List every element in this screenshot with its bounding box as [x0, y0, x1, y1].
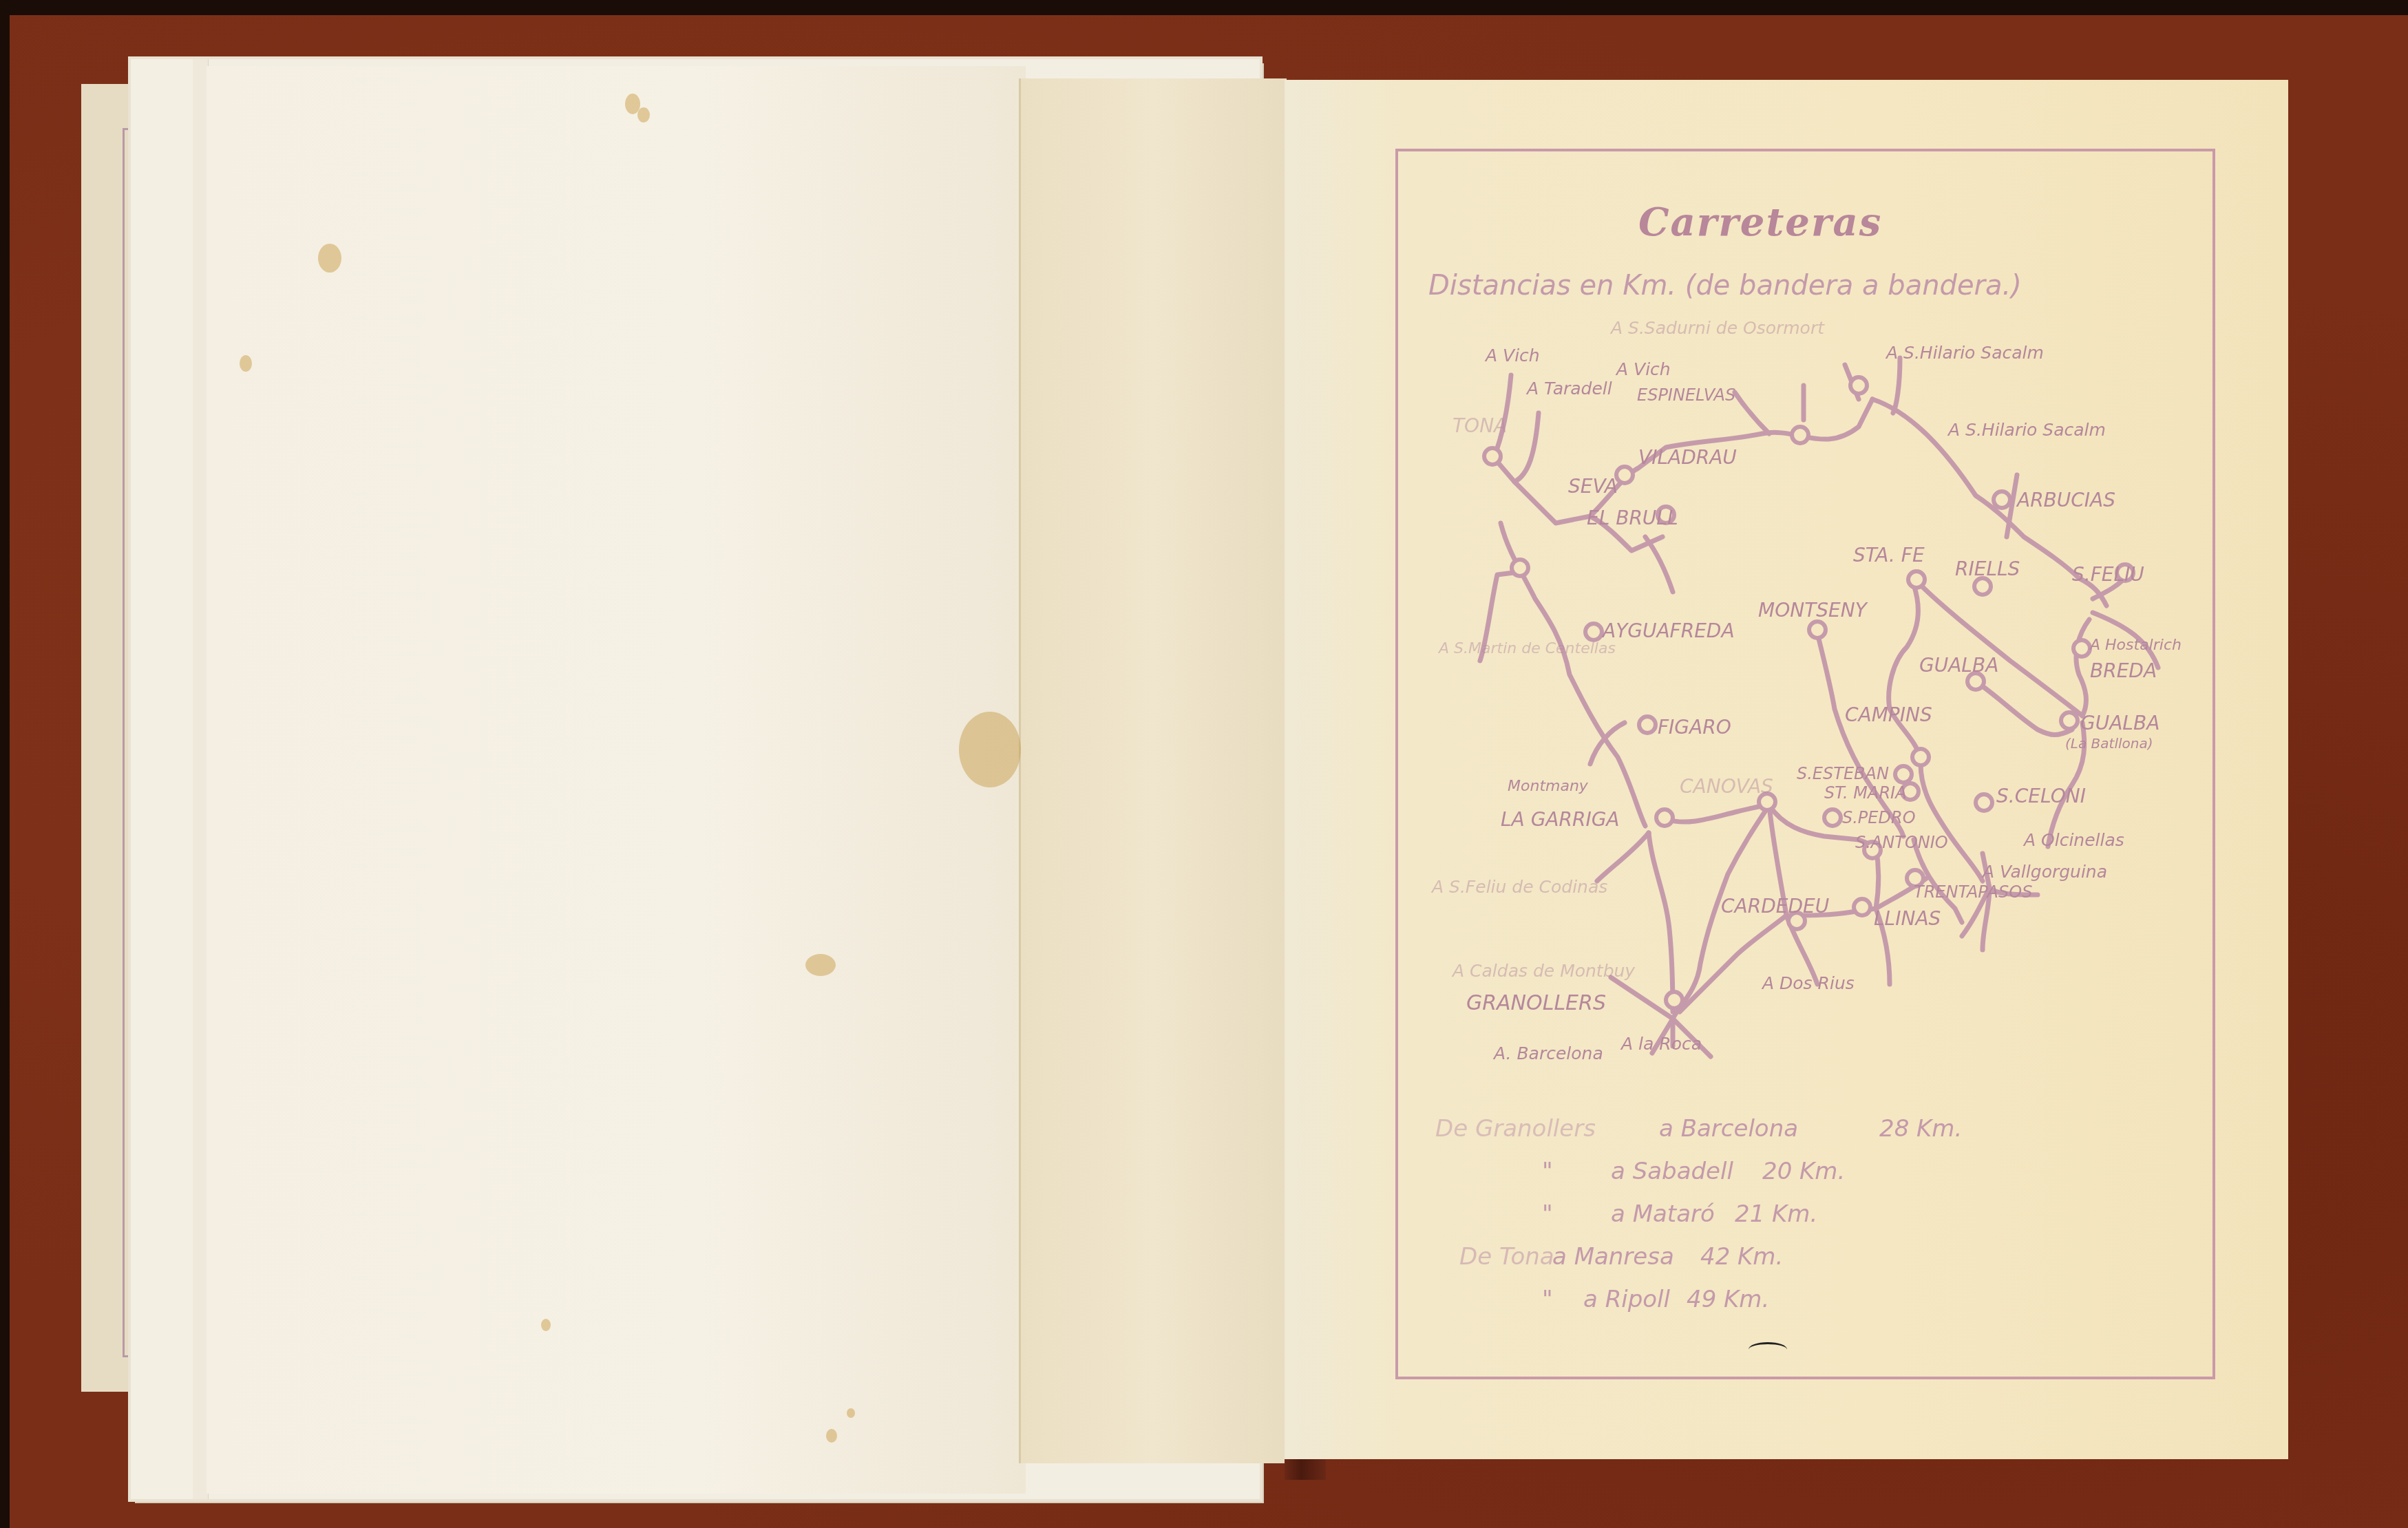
town-label: RIELLS	[1955, 558, 2020, 580]
road-map	[0, 0, 2408, 1528]
town-label: S.FELIU	[2072, 563, 2144, 586]
town-label: GUALBA	[1919, 654, 1998, 677]
distance-from: "	[1542, 1200, 1553, 1228]
destination-label: A Hostalrich	[2090, 637, 2182, 654]
distance-from: De Tona	[1459, 1243, 1554, 1271]
town-label: LA GARRIGA	[1501, 808, 1620, 831]
destination-label: A la Roca	[1621, 1034, 1702, 1054]
town-label: S.ESTEBAN	[1797, 764, 1889, 783]
distance-km: 28 Km.	[1879, 1115, 1962, 1143]
distance-to: a Barcelona	[1659, 1115, 1798, 1143]
distance-from: "	[1542, 1286, 1553, 1313]
town-label: EL BRULL	[1587, 507, 1678, 529]
town-label: CARDEDEU	[1721, 895, 1829, 917]
distance-from: "	[1542, 1158, 1553, 1185]
destination-label: A Vich	[1486, 346, 1540, 365]
town-label: LLINAS	[1874, 907, 1941, 930]
town-label: CANOVAS	[1680, 775, 1773, 798]
town-label: FIGARO	[1658, 716, 1731, 739]
destination-label: A S.Hilario Sacalm	[1886, 343, 2044, 363]
town-label: S.PEDRO	[1842, 808, 1916, 827]
distance-to: a Manresa	[1552, 1243, 1674, 1271]
town-label: GRANOLLERS	[1466, 991, 1606, 1015]
distance-to: a Ripoll	[1583, 1286, 1670, 1313]
distance-km: 20 Km.	[1762, 1158, 1845, 1185]
town-label: CAMPINS	[1845, 703, 1932, 726]
pen-mark	[1749, 1342, 1787, 1357]
town-label: ARBUCIAS	[2017, 489, 2115, 511]
destination-label: A Taradell	[1527, 379, 1612, 399]
town-label: MONTSENY	[1758, 599, 1867, 622]
destination-label: A Vallgorguina	[1983, 862, 2107, 882]
town-label: GUALBA	[2080, 712, 2159, 734]
destination-label: A S.Martin de Centellas	[1439, 640, 1616, 657]
destination-label: A S.Feliu de Codinas	[1432, 877, 1607, 897]
town-label: S.CELONI	[1996, 785, 2086, 807]
distance-km: 21 Km.	[1735, 1200, 1817, 1228]
town-label: SEVA	[1568, 475, 1618, 498]
town-label: AYGUAFREDA	[1603, 619, 1735, 642]
destination-label: A S.Hilario Sacalm	[1948, 420, 2106, 440]
town-label: VILADRAU	[1638, 446, 1737, 469]
distance-from: De Granollers	[1435, 1115, 1596, 1143]
town-label: ESPINELVAS	[1637, 385, 1735, 405]
destination-label: A Dos Rius	[1762, 973, 1855, 993]
destination-label: A S.Sadurni de Osormort	[1611, 318, 1824, 338]
town-label: TRENTAPASOS	[1914, 882, 2032, 902]
distance-to: a Sabadell	[1611, 1158, 1733, 1185]
town-label: TONA	[1453, 414, 1507, 437]
town-label: Montmany	[1508, 778, 1588, 795]
destination-label: A Olcinellas	[2024, 830, 2124, 850]
town-sublabel: (La Batllona)	[2065, 735, 2153, 752]
town-label: ST. MARIA	[1824, 783, 1907, 803]
distance-km: 42 Km.	[1700, 1243, 1783, 1271]
destination-label: A Vich	[1616, 359, 1671, 379]
town-label: BREDA	[2090, 659, 2157, 682]
destination-label: A. Barcelona	[1494, 1043, 1603, 1063]
distance-to: a Mataró	[1611, 1200, 1715, 1228]
town-label: STA. FE	[1853, 544, 1925, 566]
town-label: S.ANTONIO	[1855, 833, 1948, 852]
destination-label: A Caldas de Montbuy	[1453, 961, 1635, 981]
distance-km: 49 Km.	[1687, 1286, 1769, 1313]
